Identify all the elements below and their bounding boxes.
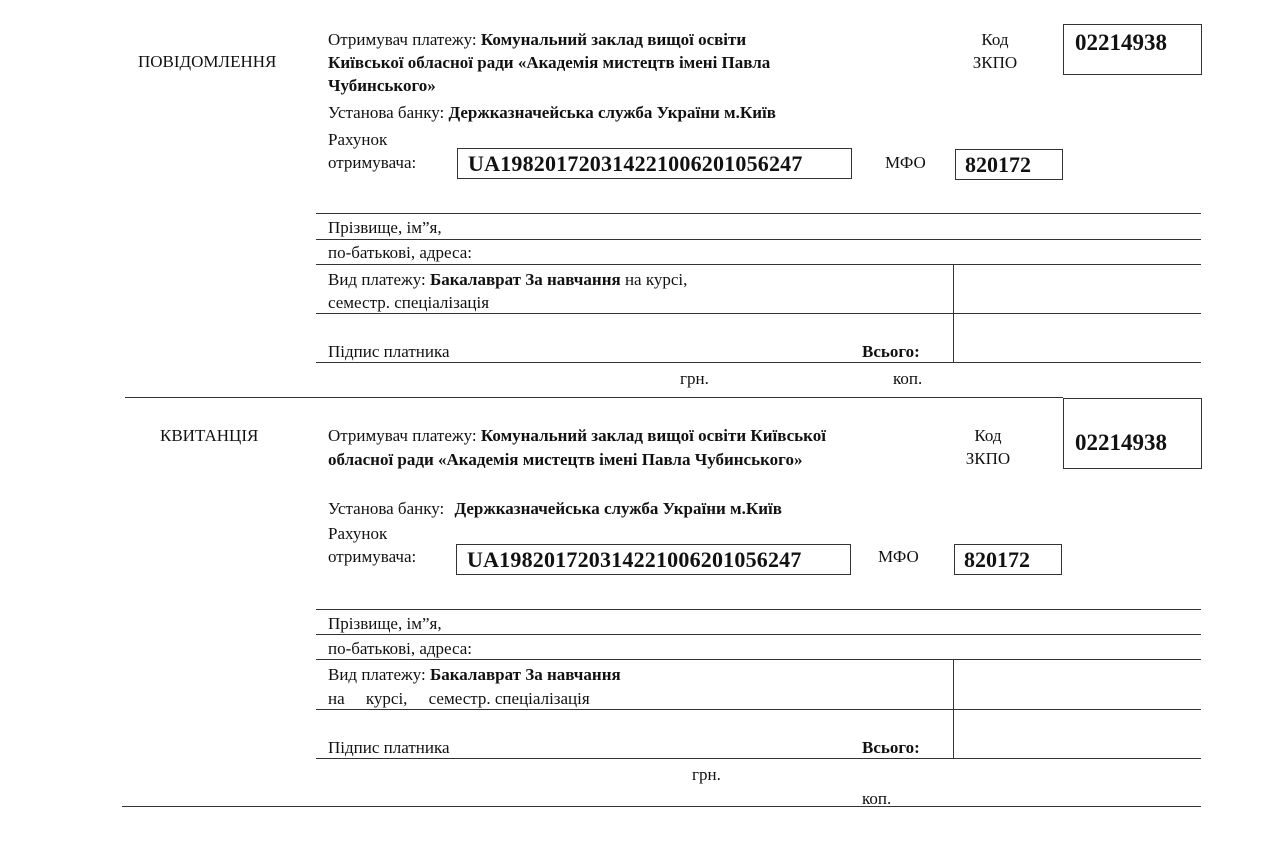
bank-value: Держказначейська служба України м.Київ (454, 499, 781, 518)
receipt-account-label-2: отримувача: (328, 547, 416, 567)
notice-mfo-box: 820172 (955, 149, 1063, 180)
receipt-bank-line: Установа банку: Держказначейська служба … (328, 499, 782, 519)
receipt-recipient-line-1: Отримувач платежу: Комунальний заклад ви… (328, 426, 826, 446)
receipt-code-box: 02214938 (1063, 398, 1202, 469)
payment-type-label: Вид платежу: (328, 270, 426, 289)
receipt-line (316, 758, 1201, 759)
notice-uah-label: грн. (680, 369, 709, 389)
notice-line (316, 239, 1201, 240)
notice-line (316, 313, 1201, 314)
code-label-line-1: Код (958, 426, 1018, 446)
payment-type-rest: на курсі, (621, 270, 688, 289)
receipt-line (316, 709, 1201, 710)
receipt-line (316, 659, 1201, 660)
receipt-total-label: Всього: (862, 738, 920, 758)
code-label-line-2: ЗКПО (958, 449, 1018, 469)
recipient-label: Отримувач платежу: (328, 426, 477, 445)
receipt-address-label: по-батькові, адреса: (328, 639, 472, 659)
receipt-mfo-box: 820172 (954, 544, 1062, 575)
notice-mfo-label: МФО (885, 153, 926, 173)
notice-account-label-1: Рахунок (328, 130, 387, 150)
notice-address-label: по-батькові, адреса: (328, 243, 472, 263)
receipt-code-label: Код ЗКПО (958, 426, 1018, 469)
bank-label: Установа банку: (328, 103, 444, 122)
recipient-label: Отримувач платежу: (328, 30, 477, 49)
payment-type-value: Бакалаврат За навчання (430, 665, 621, 684)
receipt-code-value: 02214938 (1075, 430, 1167, 456)
code-label-line-1: Код (965, 30, 1025, 50)
notice-line (316, 362, 1201, 363)
payment-type-label: Вид платежу: (328, 665, 426, 684)
receipt-amount-divider (953, 659, 954, 758)
notice-total-label: Всього: (862, 342, 920, 362)
receipt-account-value: UA198201720314221006201056247 (467, 547, 802, 573)
notice-kop-label: коп. (893, 369, 922, 389)
notice-account-box: UA198201720314221006201056247 (457, 148, 852, 179)
bank-label: Установа банку: (328, 499, 444, 518)
notice-code-label: Код ЗКПО (965, 30, 1025, 73)
bank-value: Держказначейська служба України м.Київ (448, 103, 775, 122)
receipt-mfo-value: 820172 (964, 547, 1030, 573)
receipt-uah-label: грн. (692, 765, 721, 785)
receipt-mfo-label: МФО (878, 547, 919, 567)
cut-line (125, 397, 1063, 398)
receipt-line (316, 609, 1201, 610)
receipt-section-label: КВИТАНЦІЯ (160, 426, 258, 446)
notice-recipient-line-3: Чубинського» (328, 76, 436, 96)
notice-bank-line: Установа банку: Держказначейська служба … (328, 103, 776, 123)
notice-payment-line-2: семестр. спеціалізація (328, 293, 489, 313)
notice-account-label-2: отримувача: (328, 153, 416, 173)
notice-amount-divider (953, 264, 954, 362)
notice-mfo-value: 820172 (965, 152, 1031, 178)
notice-payment-type: Вид платежу: Бакалаврат За навчання на к… (328, 270, 687, 290)
receipt-payment-type: Вид платежу: Бакалаврат За навчання (328, 665, 621, 685)
notice-recipient-line-2: Київської обласної ради «Академія мистец… (328, 53, 770, 73)
receipt-recipient-line-2: обласної ради «Академія мистецтв імені П… (328, 450, 802, 470)
notice-code-value: 02214938 (1075, 30, 1167, 56)
notice-account-value: UA198201720314221006201056247 (468, 151, 803, 177)
receipt-account-label-1: Рахунок (328, 524, 387, 544)
notice-line (316, 213, 1201, 214)
receipt-name-label: Прізвище, ім”я, (328, 614, 442, 634)
receipt-payment-line-2: на курсі, семестр. спеціалізація (328, 689, 590, 709)
code-label-line-2: ЗКПО (965, 53, 1025, 73)
payment-type-value: Бакалаврат За навчання (430, 270, 621, 289)
notice-signature-label: Підпис платника (328, 342, 450, 362)
notice-name-label: Прізвище, ім”я, (328, 218, 442, 238)
recipient-name: Комунальний заклад вищої освіти (481, 30, 746, 49)
receipt-signature-label: Підпис платника (328, 738, 450, 758)
notice-recipient-line-1: Отримувач платежу: Комунальний заклад ви… (328, 30, 746, 50)
notice-line (316, 264, 1201, 265)
notice-code-box: 02214938 (1063, 24, 1202, 75)
bottom-cut-line (122, 806, 1201, 807)
recipient-name: Комунальний заклад вищої освіти Київсько… (481, 426, 826, 445)
receipt-account-box: UA198201720314221006201056247 (456, 544, 851, 575)
receipt-line (316, 634, 1201, 635)
notice-section-label: ПОВІДОМЛЕННЯ (138, 52, 276, 72)
